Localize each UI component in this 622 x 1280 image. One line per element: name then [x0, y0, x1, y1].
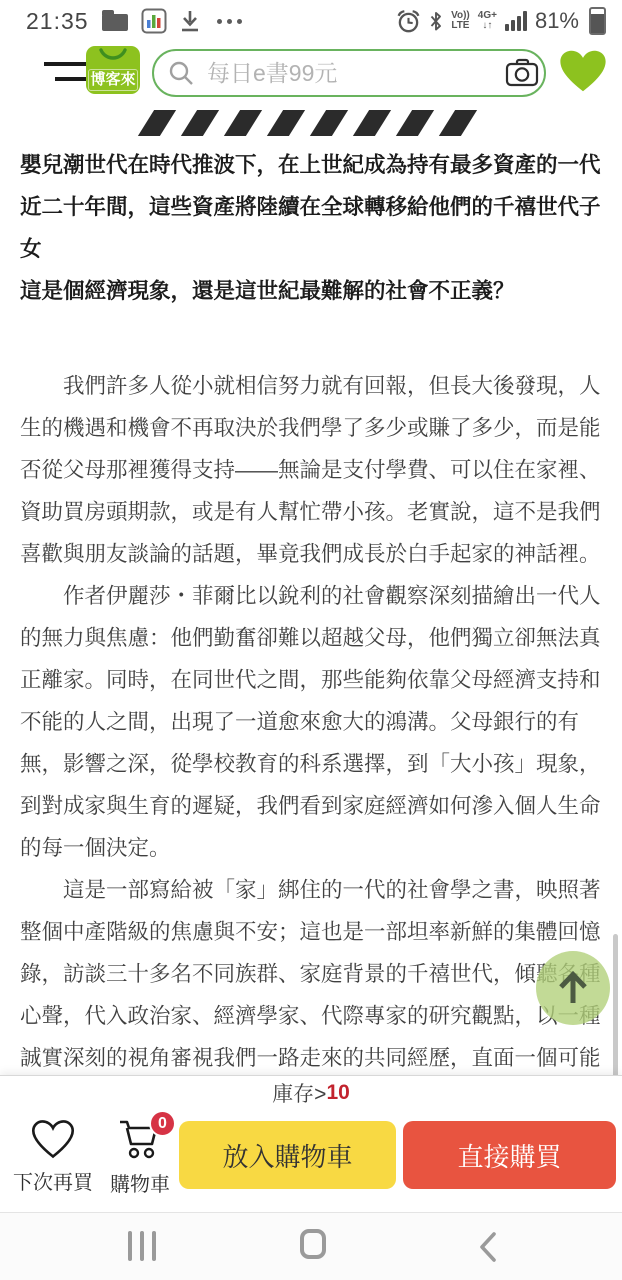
network-4g-icon: 4G+ ↓↑ [478, 11, 497, 31]
action-row: 下次再買 0 購物車 放入購物車 直接購買 [0, 1110, 622, 1212]
stock-value: 10 [326, 1081, 349, 1105]
favorites-heart-icon[interactable] [558, 48, 608, 94]
text-line: 喜歡與朋友談論的話題，畢竟我們成長於白手起家的神話裡。 [20, 533, 608, 575]
stock-row: 庫存>10 [0, 1076, 622, 1110]
scrollbar[interactable] [613, 934, 618, 1078]
purchase-bar: 庫存>10 下次再買 0 購物車 放入購物車 [0, 1075, 622, 1213]
text-line: 到對成家與生育的遲疑，我們看到家庭經濟如何滲入個人生命 [20, 785, 608, 827]
clock-time: 21:35 [26, 8, 89, 35]
text-line: 否從父母那裡獲得支持——無論是支付學費、可以住在家裡、 [20, 449, 608, 491]
logo-text: 博客來 [88, 69, 137, 91]
text-line: 整個中產階級的焦慮與不安；這也是一部坦率新鮮的集體回憶 [20, 911, 608, 953]
home-icon[interactable] [300, 1229, 326, 1259]
alarm-icon [396, 9, 421, 34]
battery-icon [589, 7, 606, 35]
status-bar: 21:35 [0, 0, 622, 42]
android-nav-bar [0, 1212, 622, 1280]
battery-percent: 81% [535, 8, 579, 34]
text-line: 這是一部寫給被「家」綁住的一代的社會學之書，映照著 [20, 869, 608, 911]
search-icon [168, 60, 195, 87]
stock-label: 庫存> [272, 1078, 326, 1108]
cart-button[interactable]: 0 購物車 [95, 1118, 185, 1197]
text-line: 的每一個決定。 [20, 827, 608, 869]
wishlist-label: 下次再買 [13, 1166, 93, 1195]
text-line: 作者伊麗莎・菲爾比以銳利的社會觀察深刻描繪出一代人 [20, 575, 608, 617]
bluetooth-icon [429, 10, 443, 33]
more-icon [217, 19, 242, 24]
text-line: 的無力與焦慮：他們勤奮卻難以超越父母，他們獨立卻無法真 [20, 617, 608, 659]
phone-screen: 21:35 [0, 0, 622, 1280]
text-line: 我們許多人從小就相信努力就有回報，但長大後發現，人 [20, 365, 608, 407]
volte-icon: Vo)) LTE [451, 11, 470, 31]
books-logo[interactable]: 博客來 [86, 46, 140, 94]
download-icon [180, 9, 200, 33]
text-line: 錄，訪談三十多名不同族群、家庭背景的千禧世代，傾聽各種 [20, 953, 608, 995]
logo-smile-icon [98, 48, 128, 62]
text-line: 心聲，代入政治家、經濟學家、代際專家的研究觀點，以一種 [20, 995, 608, 1037]
text-line: 不能的人之間，出現了一道愈來愈大的鴻溝。父母銀行的有 [20, 701, 608, 743]
text-line: 誠實深刻的視角審視我們一路走來的共同經歷，直面一個可能 [20, 1037, 608, 1079]
search-input[interactable] [205, 59, 505, 88]
text-line: 無，影響之深，從學校教育的科系選擇，到「大小孩」現象， [20, 743, 608, 785]
intro-line: 近二十年間，這些資產將陸續在全球轉移給他們的千禧世代子 [20, 186, 608, 228]
intro-line: 嬰兒潮世代在時代推波下，在上世紀成為持有最多資產的一代 [20, 144, 608, 186]
add-to-cart-button[interactable]: 放入購物車 [179, 1121, 396, 1189]
book-description-text: 我們許多人從小就相信努力就有回報，但長大後發現，人生的機遇和機會不再取決於我們學… [20, 365, 608, 1079]
app-header: 博客來 [0, 42, 622, 108]
cart-badge: 0 [149, 1110, 176, 1137]
text-line: 正離家。同時，在同世代之間，那些能夠依靠父母經濟支持和 [20, 659, 608, 701]
signal-icon [505, 11, 527, 31]
intro-line: 女 [20, 228, 608, 270]
book-intro-text: 嬰兒潮世代在時代推波下，在上世紀成為持有最多資產的一代近二十年間，這些資產將陸續… [20, 144, 608, 312]
search-bar[interactable] [152, 49, 546, 97]
intro-line: 這是個經濟現象，還是這世紀最難解的社會不正義？ [20, 270, 608, 312]
text-line: 資助買房頭期款，或是有人幫忙帶小孩。老實說，這不是我們 [20, 491, 608, 533]
buy-now-button[interactable]: 直接購買 [403, 1121, 616, 1189]
stats-icon [141, 8, 167, 34]
text-line: 生的機遇和機會不再取決於我們學了多少或賺了多少，而是能 [20, 407, 608, 449]
folder-icon [102, 14, 128, 31]
arrow-up-icon [557, 970, 589, 1006]
wishlist-heart-icon [30, 1118, 76, 1160]
wishlist-button[interactable]: 下次再買 [8, 1118, 98, 1195]
recents-icon[interactable] [128, 1231, 156, 1261]
cart-label: 購物車 [110, 1168, 170, 1197]
striped-banner [146, 110, 476, 136]
scroll-to-top-button[interactable] [536, 951, 610, 1025]
back-icon[interactable] [478, 1231, 498, 1263]
camera-icon[interactable] [505, 58, 539, 88]
